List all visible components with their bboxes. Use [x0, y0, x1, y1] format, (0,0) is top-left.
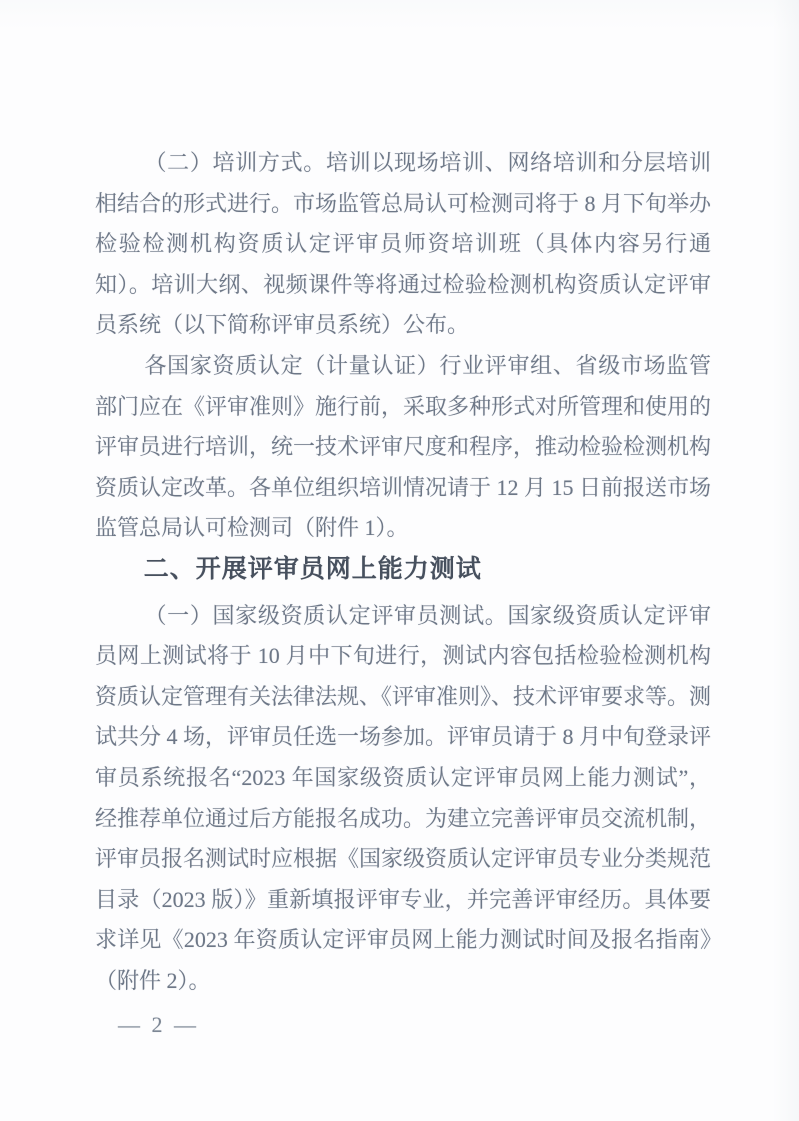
document-body: （二）培训方式。培训以现场培训、网络培训和分层培训相结合的形式进行。市场监管总局…: [95, 143, 711, 1001]
page-number: — 2 —: [118, 1012, 199, 1038]
paragraph-national-level-test: （一）国家级资质认定评审员测试。国家级资质认定评审员网上测试将于 10 月中下旬…: [95, 596, 711, 1002]
document-page: （二）培训方式。培训以现场培训、网络培训和分层培训相结合的形式进行。市场监管总局…: [0, 0, 799, 1121]
paragraph-industry-review-groups: 各国家资质认定（计量认证）行业评审组、省级市场监管部门应在《评审准则》施行前，采…: [95, 346, 711, 549]
paragraph-training-method: （二）培训方式。培训以现场培训、网络培训和分层培训相结合的形式进行。市场监管总局…: [95, 143, 711, 346]
section-heading-online-ability-test: 二、开展评审员网上能力测试: [95, 549, 711, 590]
